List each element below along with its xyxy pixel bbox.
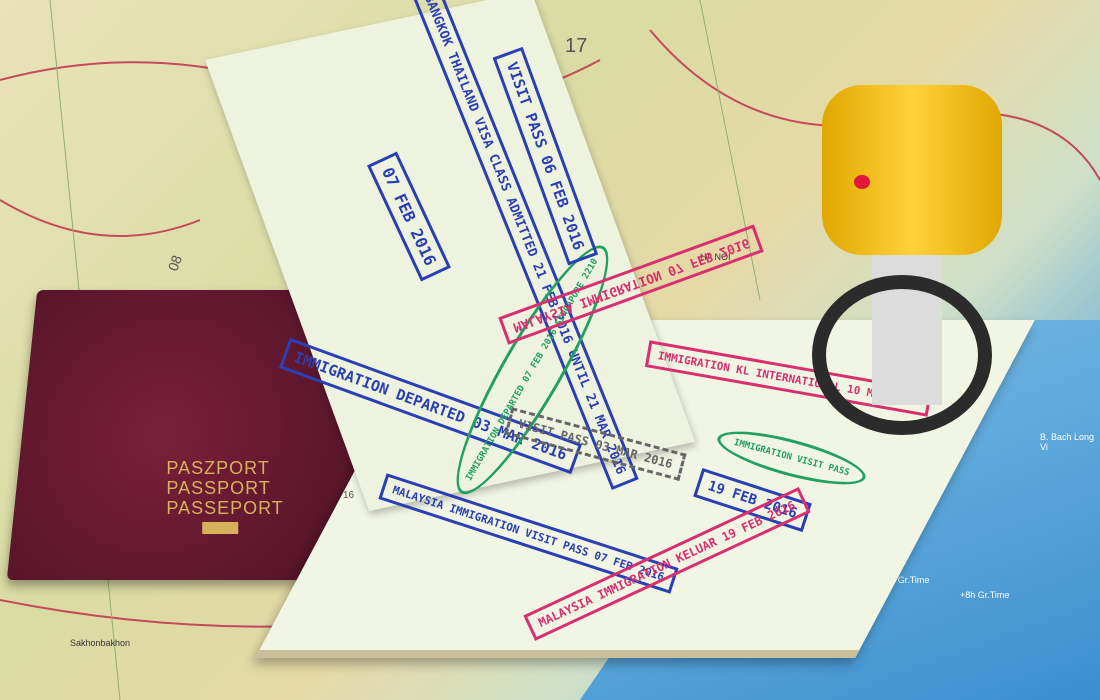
map-label: Sakhonbakhon (70, 638, 130, 648)
stamper-base-ring (812, 275, 992, 435)
page-number: 17 (565, 35, 587, 58)
photo-scene: HA NOI Sakhonbakhon +7h Gr.Time +8h Gr.T… (0, 0, 1100, 700)
stamper-red-button (854, 175, 870, 189)
self-inking-stamper (812, 85, 1012, 445)
map-label: B. Bach Long Vi (1040, 432, 1100, 452)
map-label: +8h Gr.Time (960, 590, 1009, 600)
stamper-body (822, 85, 1002, 255)
page-number: 16 (343, 490, 354, 501)
